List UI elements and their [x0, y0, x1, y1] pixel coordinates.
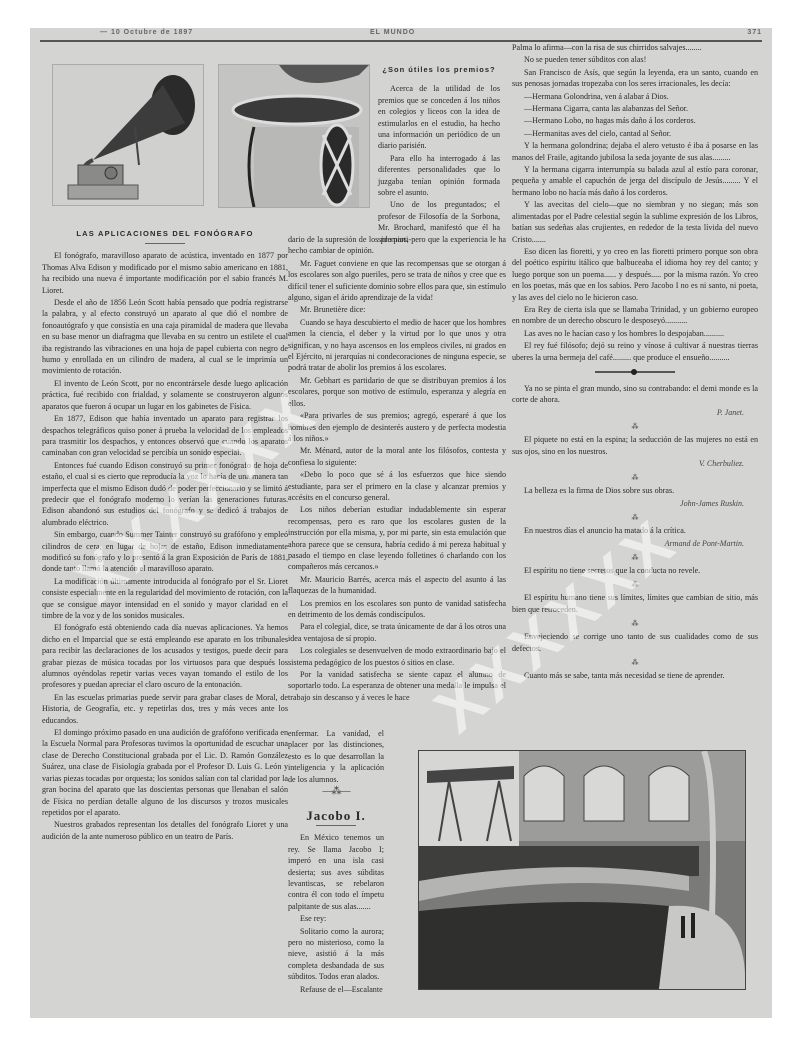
title-rule: [316, 825, 356, 826]
paragraph: Por la vanidad satisfecha se siente capa…: [288, 669, 506, 703]
paragraph: —Hermana Golondrina, ven á alabar á Dios…: [512, 91, 758, 102]
article-premios-intro: ¿Son útiles los premios? Acerca de la ut…: [378, 64, 500, 246]
paragraph: El fonógrafo está obteniendo cada día nu…: [42, 622, 288, 690]
header-page-number: 371: [747, 29, 762, 36]
paragraph: Desde el año de 1856 León Scott había pe…: [42, 297, 288, 377]
article-premios-body: dario de la supresión de los premios, pe…: [288, 234, 506, 704]
section-divider: [595, 371, 675, 373]
paragraph: Eso dicen las fioretti, y yo creo en las…: [512, 246, 758, 303]
paragraph: Para ello ha interrogado á las diferente…: [378, 153, 500, 199]
article-jacobo-title: Jacobo I.: [288, 810, 384, 821]
paragraph: Mr. Brunetière dice:: [288, 304, 506, 315]
maxim-text: El piquete no está en la espina; la sedu…: [512, 434, 758, 457]
title-rule: [145, 243, 185, 244]
maxim-author: John-James Ruskin.: [512, 498, 744, 509]
theatre-audition-image: [418, 750, 746, 990]
paragraph: Ese rey:: [288, 913, 384, 924]
paragraph: Palma lo afirma—con la risa de sus chirr…: [512, 42, 758, 53]
maxim-author: V. Cherbuliez.: [512, 458, 744, 469]
paragraph: Los premios en los escolares son punto d…: [288, 598, 506, 621]
header-paper-name: EL MUNDO: [370, 29, 415, 36]
maxim-text: Envejeciendo se corrige uno tanto de sus…: [512, 631, 758, 654]
paragraph: No se pueden tener súbditos con alas!: [512, 54, 758, 65]
paragraph: El invento de León Scott, por no encontr…: [42, 378, 288, 412]
paragraph: Solitario como la aurora; pero no mister…: [288, 926, 384, 983]
paragraph: El rey fué filósofo; dejó su reino y vín…: [512, 340, 758, 363]
paragraph: Mr. Mauricio Barrés, acerca más el aspec…: [288, 574, 506, 597]
asterism-ornament: ⁂: [512, 660, 758, 666]
paragraph: Los colegiales se desenvuelven de modo e…: [288, 645, 506, 668]
paragraph: «Para privarles de sus premios; agregó, …: [288, 410, 506, 444]
paragraph: Nuestros grabados representan los detall…: [42, 819, 288, 842]
paragraph: Las aves no le hacían caso y los hombres…: [512, 328, 758, 339]
maxim-author: Armand de Pont-Martin.: [512, 538, 744, 549]
newspaper-page: — 10 Octubre de 1897 EL MUNDO 371: [30, 28, 772, 1018]
paragraph: El domingo próximo pasado en una audició…: [42, 727, 288, 818]
phonograph-horn-icon: [53, 65, 203, 205]
maxim-text: En nuestros días el anuncio ha matado á …: [512, 525, 758, 536]
header-date: — 10 Octubre de 1897: [100, 29, 193, 36]
paragraph: Sin embargo, cuando Summer Tainter const…: [42, 529, 288, 575]
maxim-author: P. Janet.: [512, 407, 744, 418]
paragraph: Y la hermana golondrina; dejaba el alero…: [512, 140, 758, 163]
phonograph-cylinder-image: [218, 64, 370, 208]
paragraph: —Hermanitas aves del cielo, cantad al Se…: [512, 128, 758, 139]
asterism-ornament: ⁂: [512, 475, 758, 481]
paragraph: enfermar. La vanidad, el placer por las …: [288, 728, 384, 785]
article-premios-tail: enfermar. La vanidad, el placer por las …: [288, 728, 384, 798]
maxim-text: El espíritu no tiene secretos que la con…: [512, 565, 758, 576]
maxim-text: Ya no se pinta el gran mundo, sino su co…: [512, 383, 758, 406]
paragraph: «Debo lo poco que sé á los esfuerzos que…: [288, 469, 506, 503]
article-fonografo-title: LAS APLICACIONES DEL FONÓGRAFO: [42, 228, 288, 239]
paragraph: En las escuelas primarias puede servir p…: [42, 692, 288, 726]
paragraph: Era Rey de cierta isla que se llamaba Tr…: [512, 304, 758, 327]
page-header: — 10 Octubre de 1897 EL MUNDO 371: [40, 30, 762, 42]
paragraph: San Francisco de Asís, que según la leye…: [512, 67, 758, 90]
paragraph: El fonógrafo, maravilloso aparato de acú…: [42, 250, 288, 296]
paragraph: dario de la supresión de los premios, pe…: [288, 234, 506, 257]
paragraph: Para el colegial, dice, se trata únicame…: [288, 621, 506, 644]
asterism-ornament: ⁂: [512, 424, 758, 430]
phonograph-cylinder-icon: [219, 65, 369, 207]
theatre-audience-icon: [419, 751, 745, 989]
maxim-text: Cuanto más se sabe, tanta más necesidad …: [512, 670, 758, 681]
paragraph: Acerca de la utilidad de los premios que…: [378, 83, 500, 151]
paragraph: Los niños deberían estudiar indudablemen…: [288, 504, 506, 572]
article-premios-title: ¿Son útiles los premios?: [378, 64, 500, 75]
paragraph: Cuando se haya descubierto el medio de h…: [288, 317, 506, 374]
fleuron-ornament: —⁂—: [288, 786, 384, 798]
maxim-text: La belleza es la firma de Dios sobre sus…: [512, 485, 758, 496]
paragraph: Mr. Gebhart es partidario de que se dist…: [288, 375, 506, 409]
asterism-ornament: ⁂: [512, 621, 758, 627]
maxim-text: El espíritu humano tiene sus límites, lí…: [512, 592, 758, 615]
article-jacobo: Jacobo I. En México tenemos un rey. Se l…: [288, 806, 384, 996]
paragraph: En 1877, Edison que había inventado un a…: [42, 413, 288, 459]
paragraph: Refause de el—Escalante: [288, 984, 384, 995]
asterism-ornament: ⁂: [512, 515, 758, 521]
paragraph: Y las avecitas del cielo—que no siembran…: [512, 199, 758, 245]
paragraph: —Hermana Cigarra, canta las alabanzas de…: [512, 103, 758, 114]
paragraph: —Hermano Lobo, no hagas más daño á los c…: [512, 115, 758, 126]
article-fonografo: LAS APLICACIONES DEL FONÓGRAFO El fonógr…: [42, 226, 288, 843]
phonograph-horn-image: [52, 64, 204, 206]
paragraph: Mr. Ménard, autor de la moral ante los f…: [288, 445, 506, 468]
paragraph: La modificación últimamente introducida …: [42, 576, 288, 622]
article-jacobo-continued: Palma lo afirma—con la risa de sus chirr…: [512, 42, 758, 682]
paragraph: Entonces fué cuando Edison construyó su …: [42, 460, 288, 528]
paragraph: Mr. Faguet conviene en que las recompens…: [288, 258, 506, 304]
paragraph: En México tenemos un rey. Se llama Jacob…: [288, 832, 384, 912]
paragraph: Y la hermana cigarra interrumpía su bala…: [512, 164, 758, 198]
asterism-ornament: ⁂: [512, 555, 758, 561]
asterism-ornament: ⁂: [512, 582, 758, 588]
